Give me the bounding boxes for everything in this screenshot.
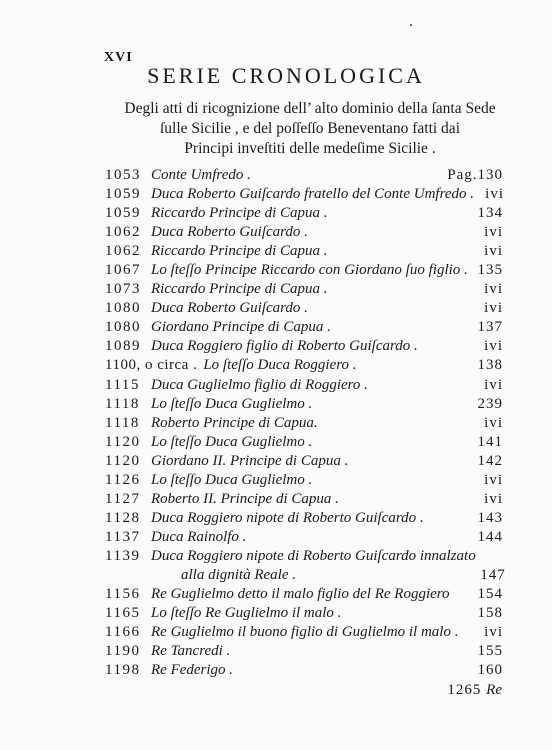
entry-year: 1190 (105, 642, 151, 661)
entry-description: Lo ſteſſo Principe Riccardo con Giordano… (151, 261, 473, 280)
catchword-number: 1265 (447, 682, 481, 698)
list-item: 1165Lo ſteſſo Re Guglielmo il malo .158 (105, 604, 503, 623)
page-title: SERIE CRONOLOGICA (0, 63, 552, 89)
entry-text: Duca Roberto Guiſcardo . (151, 300, 308, 316)
entry-year: 1166 (105, 623, 151, 642)
entry-page-reference: ivi (473, 337, 503, 356)
list-item: 1059Riccardo Principe di Capua .134 (105, 204, 503, 223)
entry-page-reference: Pag.130 (447, 166, 503, 185)
entry-description: Riccardo Principe di Capua . (151, 242, 473, 261)
entry-description: Lo ſteſſo Duca Roggiero . (203, 356, 473, 375)
entry-page-reference: 160 (473, 661, 503, 680)
entry-year: 1080 (105, 299, 151, 318)
list-item: 1120Lo ſteſſo Duca Guglielmo .141 (105, 433, 503, 452)
entry-page-reference: 144 (473, 528, 503, 547)
list-item: 1166Re Guglielmo il buono figlio di Gugl… (105, 623, 503, 642)
entry-description: Re Guglielmo il buono figlio di Guglielm… (151, 623, 473, 642)
entry-year: 1198 (105, 661, 151, 680)
entry-year: 1137 (105, 528, 151, 547)
subtitle-line: Degli atti di ricognizione dell’ alto do… (100, 99, 520, 119)
list-item: 1120Giordano II. Principe di Capua .142 (105, 452, 503, 471)
entry-page-reference: ivi (473, 623, 503, 642)
entry-text: Lo ſteſſo Duca Roggiero . (203, 357, 356, 373)
entry-page-reference: 154 (473, 585, 503, 604)
list-item: 1127Roberto II. Principe di Capua .ivi (105, 490, 503, 509)
entry-description: Duca Roggiero figlio di Roberto Guiſcard… (151, 337, 473, 356)
entry-text: Re Federigo . (151, 662, 233, 678)
catchword-word: Re (486, 682, 502, 698)
entry-description: Duca Roberto Guiſcardo . (151, 299, 473, 318)
entry-text: Conte Umfredo . (151, 167, 251, 183)
list-item: 1062Duca Roberto Guiſcardo .ivi (105, 223, 503, 242)
list-item: 1137Duca Rainolfo .144 (105, 528, 503, 547)
entry-description: Duca Roberto Guiſcardo . (151, 223, 473, 242)
entry-page-reference: ivi (473, 414, 503, 433)
entry-text: Duca Roggiero nipote di Roberto Guiſcard… (151, 510, 424, 526)
entry-page-reference: 239 (473, 395, 503, 414)
ink-speck (410, 24, 412, 26)
entry-year: 1128 (105, 509, 151, 528)
entry-text: Riccardo Principe di Capua . (151, 205, 328, 221)
entry-page-reference: 155 (473, 642, 503, 661)
entry-year: 1067 (105, 261, 151, 280)
entry-description: Riccardo Principe di Capua . (151, 204, 473, 223)
entry-year: 1126 (105, 471, 151, 490)
entry-text: Duca Roggiero figlio di Roberto Guiſcard… (151, 338, 418, 354)
entry-description: Giordano Principe di Capua . (151, 318, 473, 337)
entry-text-continuation: alla dignità Reale . (151, 566, 476, 585)
entry-year: 1127 (105, 490, 151, 509)
list-item: 1073Riccardo Principe di Capua .ivi (105, 280, 503, 299)
entry-description: Duca Roberto Guiſcardo fratello del Cont… (151, 185, 474, 204)
entry-year: 1115 (105, 376, 151, 395)
entry-page-reference: 137 (473, 318, 503, 337)
list-item: 1128Duca Roggiero nipote di Roberto Guiſ… (105, 509, 503, 528)
entry-description: Roberto Principe di Capua. (151, 414, 473, 433)
entry-page-reference: 142 (473, 452, 503, 471)
entry-year: 1120 (105, 433, 151, 452)
page-subtitle: Degli atti di ricognizione dell’ alto do… (100, 99, 520, 159)
entry-text: Duca Roberto Guiſcardo fratello del Cont… (151, 186, 474, 202)
entry-description: Duca Guglielmo figlio di Roggiero . (151, 376, 473, 395)
list-item: 1067Lo ſteſſo Principe Riccardo con Gior… (105, 261, 503, 280)
entry-text: Roberto II. Principe di Capua . (151, 491, 339, 507)
entry-text: Riccardo Principe di Capua . (151, 243, 328, 259)
list-item: 1059Duca Roberto Guiſcardo fratello del … (105, 185, 503, 204)
entry-year: 1080 (105, 318, 151, 337)
entry-page-reference: ivi (474, 185, 504, 204)
list-item: 1080Duca Roberto Guiſcardo .ivi (105, 299, 503, 318)
entry-description: Duca Rainolfo . (151, 528, 473, 547)
entry-text: Lo ſteſſo Duca Guglielmo . (151, 434, 312, 450)
list-item: 1080Giordano Principe di Capua .137 (105, 318, 503, 337)
entry-year: 1100, o circa . (105, 356, 197, 375)
entry-text: Duca Rainolfo . (151, 529, 246, 545)
entry-year: 1089 (105, 337, 151, 356)
entry-year: 1165 (105, 604, 151, 623)
list-item: 1089Duca Roggiero figlio di Roberto Guiſ… (105, 337, 503, 356)
entry-year: 1156 (105, 585, 151, 604)
list-item: 1139Duca Roggiero nipote di Roberto Guiſ… (105, 547, 503, 585)
list-item: 1115Duca Guglielmo figlio di Roggiero .i… (105, 376, 503, 395)
entry-description: Re Federigo . (151, 661, 473, 680)
entry-page-reference: 143 (473, 509, 503, 528)
entry-page-reference: 147 (476, 566, 506, 585)
entry-text: Lo ſteſſo Principe Riccardo con Giordano… (151, 262, 468, 278)
chronology-list: 1053Conte Umfredo .Pag.1301059Duca Rober… (105, 166, 503, 680)
entry-page-reference: ivi (473, 280, 503, 299)
entry-text: Roberto Principe di Capua. (151, 415, 318, 431)
entry-text: Re Guglielmo il buono figlio di Guglielm… (151, 624, 458, 640)
entry-page-reference: 141 (473, 433, 503, 452)
entry-year: 1120 (105, 452, 151, 471)
entry-text: Duca Guglielmo figlio di Roggiero . (151, 377, 368, 393)
entry-year: 1062 (105, 242, 151, 261)
entry-page-reference: ivi (473, 376, 503, 395)
subtitle-line: Principi inveſtiti delle medeſime Sicili… (100, 139, 520, 159)
entry-description: Lo ſteſſo Duca Guglielmo . (151, 395, 473, 414)
entry-page-reference: 158 (473, 604, 503, 623)
entry-year: 1118 (105, 395, 151, 414)
entry-text: Riccardo Principe di Capua . (151, 281, 328, 297)
list-item: 1190Re Tancredi .155 (105, 642, 503, 661)
entry-year: 1053 (105, 166, 151, 185)
list-item: 1118Lo ſteſſo Duca Guglielmo .239 (105, 395, 503, 414)
entry-page-reference: ivi (473, 299, 503, 318)
entry-description: Lo ſteſſo Re Guglielmo il malo . (151, 604, 473, 623)
entry-page-reference: ivi (473, 490, 503, 509)
entry-text: Re Guglielmo detto il malo figlio del Re… (151, 586, 450, 602)
entry-description: Lo ſteſſo Duca Guglielmo . (151, 471, 473, 490)
book-page: XVI SERIE CRONOLOGICA Degli atti di rico… (0, 0, 552, 750)
entry-text: Duca Roggiero nipote di Roberto Guiſcard… (151, 548, 476, 564)
entry-text: Giordano Principe di Capua . (151, 319, 331, 335)
entry-year: 1059 (105, 204, 151, 223)
entry-page-reference: 134 (473, 204, 503, 223)
entry-description: Riccardo Principe di Capua . (151, 280, 473, 299)
entry-year: 1073 (105, 280, 151, 299)
entry-description: Conte Umfredo . (151, 166, 447, 185)
entry-year: 1118 (105, 414, 151, 433)
entry-text: Lo ſteſſo Re Guglielmo il malo . (151, 605, 341, 621)
subtitle-line: ſulle Sicilie , e del poſſeſſo Beneventa… (100, 119, 520, 139)
entry-page-reference: ivi (473, 471, 503, 490)
list-item: 1100, o circa .Lo ſteſſo Duca Roggiero .… (105, 356, 503, 375)
list-item: 1053Conte Umfredo .Pag.130 (105, 166, 503, 185)
entry-description: Re Tancredi . (151, 642, 473, 661)
entry-text: Giordano II. Principe di Capua . (151, 453, 348, 469)
entry-description: Roberto II. Principe di Capua . (151, 490, 473, 509)
entry-page-reference: ivi (473, 223, 503, 242)
entry-description: Giordano II. Principe di Capua . (151, 452, 473, 471)
entry-description: Re Guglielmo detto il malo figlio del Re… (151, 585, 473, 604)
list-item: 1156Re Guglielmo detto il malo figlio de… (105, 585, 503, 604)
list-item: 1126Lo ſteſſo Duca Guglielmo .ivi (105, 471, 503, 490)
entry-year: 1139 (105, 547, 151, 566)
entry-year: 1062 (105, 223, 151, 242)
entry-text: Lo ſteſſo Duca Guglielmo . (151, 396, 312, 412)
entry-text: Lo ſteſſo Duca Guglielmo . (151, 472, 312, 488)
entry-text: Duca Roberto Guiſcardo . (151, 224, 308, 240)
entry-page-reference: ivi (473, 242, 503, 261)
entry-page-reference: 138 (473, 356, 503, 375)
entry-page-reference: 135 (473, 261, 503, 280)
entry-description: Duca Roggiero nipote di Roberto Guiſcard… (151, 509, 473, 528)
catchword: 1265 Re (0, 682, 502, 699)
entry-year: 1059 (105, 185, 151, 204)
entry-text: Re Tancredi . (151, 643, 230, 659)
list-item: 1198Re Federigo .160 (105, 661, 503, 680)
list-item: 1062Riccardo Principe di Capua .ivi (105, 242, 503, 261)
entry-description: Lo ſteſſo Duca Guglielmo . (151, 433, 473, 452)
entry-description: Duca Roggiero nipote di Roberto Guiſcard… (151, 547, 476, 585)
list-item: 1118Roberto Principe di Capua.ivi (105, 414, 503, 433)
